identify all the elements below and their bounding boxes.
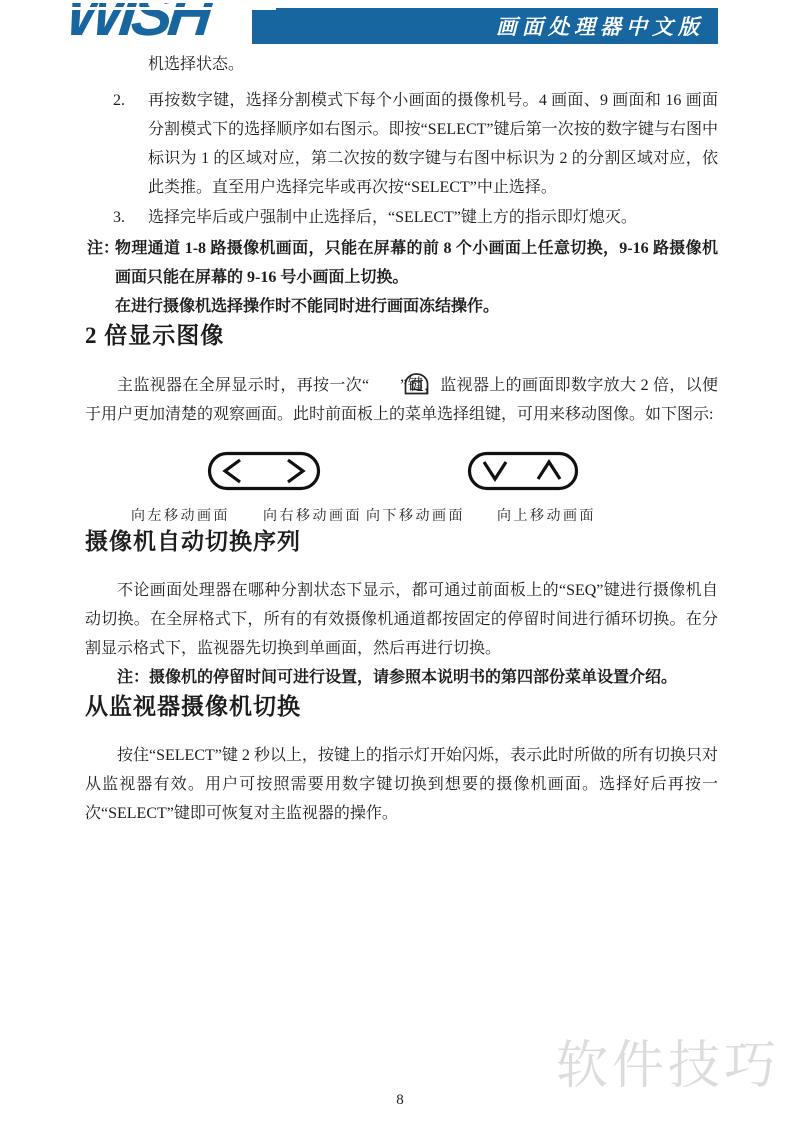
down-arrow-icon [484,462,506,479]
down-up-button [467,451,579,491]
note-line: 物理通道 1-8 路摄像机画面，只能在屏幕的前 8 个小画面上任意切换，9-16… [115,234,718,292]
slave-paragraph: 按住“SELECT”键 2 秒以上，按键上的指示灯开始闪烁，表示此时所做的所有切… [85,741,718,828]
list-item-text: 再按数字键，选择分割模式下每个小画面的摄像机号。4 画面、9 画面和 16 画面… [148,86,718,202]
list-item-3: 3. 选择完毕后或户强制中止选择后，“SELECT”键上方的指示即灯熄灭。 [85,203,718,232]
header-bar: 画面处理器中文版 [252,8,718,44]
main-content: 机选择状态。 2. 再按数字键，选择分割模式下每个小画面的摄像机号。4 画面、9… [85,50,718,828]
up-arrow-icon [538,462,560,479]
list-item-text: 选择完毕后或户强制中止选择后，“SELECT”键上方的指示即灯熄灭。 [148,203,718,232]
list-item-number: 2. [85,86,148,202]
wish-logo-text: WISH [63,0,266,46]
zoom-paragraph-before: 主监视器在全屏显示时，再按一次“ [117,377,369,394]
page-title: 画面处理器中文版 [496,11,718,41]
manual-page: 画面处理器中文版 WISH 机选择状态。 2. 再按数字键，选择分割模式下每个小… [0,0,800,1132]
note-line: 在进行摄像机选择操作时不能同时进行画面冻结操作。 [115,292,718,321]
list-item-2: 2. 再按数字键，选择分割模式下每个小画面的摄像机号。4 画面、9 画面和 16… [85,86,718,202]
right-arrow-icon [288,460,303,482]
zoom-button-icon [371,372,398,395]
section-heading-zoom: 2 倍显示图像 [85,321,718,351]
move-buttons-figure: 向左移动画面 向右移动画面 向下移动画面 向上移动画面 [85,445,718,527]
note-block: 注： 物理通道 1-8 路摄像机画面，只能在屏幕的前 8 个小画面上任意切换，9… [85,234,718,321]
section-heading-slave: 从监视器摄像机切换 [85,692,718,722]
move-up-label: 向上移动画面 [497,502,596,531]
section-heading-seq: 摄像机自动切换序列 [85,527,718,557]
left-arrow-icon [225,460,240,482]
note-body: 物理通道 1-8 路摄像机画面，只能在屏幕的前 8 个小画面上任意切换，9-16… [115,234,718,321]
left-right-button [207,451,321,491]
move-down-label: 向下移动画面 [366,502,465,531]
watermark: 软件技巧 [556,1036,800,1096]
wish-logo: WISH [66,0,262,50]
page-number: 8 [0,1092,800,1109]
seq-paragraph: 不论画面处理器在哪种分割状态下显示，都可通过前面板上的“SEQ”键进行摄像机自动… [85,576,718,663]
move-right-label: 向右移动画面 [263,502,362,531]
zoom-paragraph: 主监视器在全屏显示时，再按一次“”键，监视器上的画面即数字放大 2 倍，以便于用… [85,371,718,429]
note-label: 注： [87,234,115,321]
logo-stripe [56,7,276,10]
list-item-number: 3. [85,203,148,232]
logo-stripe [56,0,276,3]
seq-note: 注：摄像机的停留时间可进行设置，请参照本说明书的第四部份菜单设置介绍。 [85,663,718,692]
list-item-1-tail: 机选择状态。 [148,50,718,79]
seq-paragraph-block: 不论画面处理器在哪种分割状态下显示，都可通过前面板上的“SEQ”键进行摄像机自动… [85,576,718,692]
move-left-label: 向左移动画面 [131,502,230,531]
